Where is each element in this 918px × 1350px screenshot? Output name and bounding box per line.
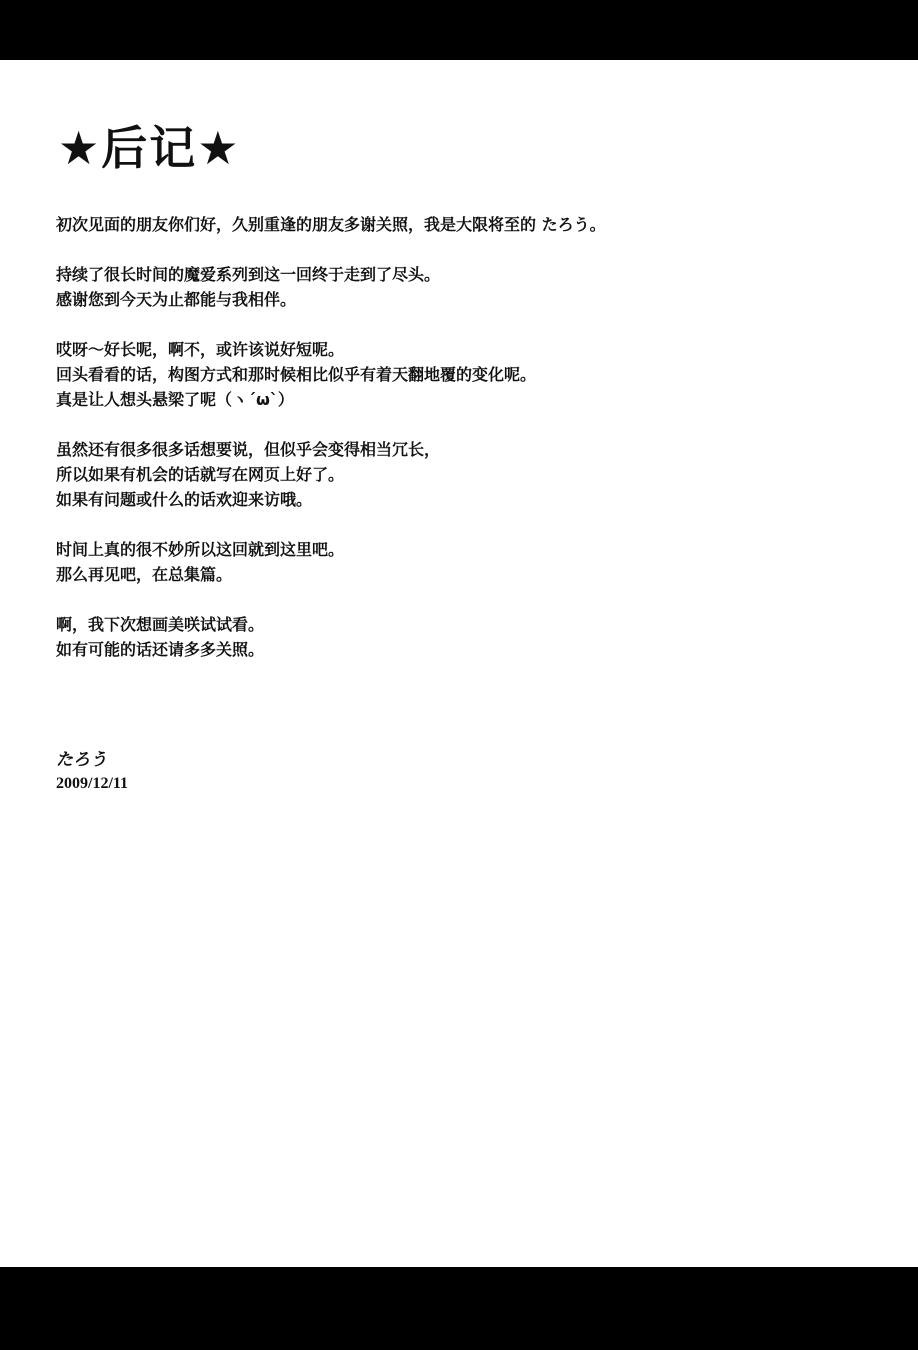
text-line: 如果有问题或什么的话欢迎来访哦。 <box>56 487 876 512</box>
text-line: 所以如果有机会的话就写在网页上好了。 <box>56 462 876 487</box>
paragraph-6: 啊，我下次想画美咲试试看。 如有可能的话还请多多关照。 <box>56 612 876 662</box>
text-line: 真是让人想头悬梁了呢（ヽ´ω`） <box>56 387 876 412</box>
text-line: 回头看看的话，构图方式和那时候相比似乎有着天翻地覆的变化呢。 <box>56 362 876 387</box>
paragraph-4: 虽然还有很多很多话想要说，但似乎会变得相当冗长， 所以如果有机会的话就写在网页上… <box>56 437 876 512</box>
text-line: 啊，我下次想画美咲试试看。 <box>56 612 876 637</box>
paragraph-3: 哎呀～好长呢，啊不，或许该说好短呢。 回头看看的话，构图方式和那时候相比似乎有着… <box>56 337 876 412</box>
author-name: たろう <box>56 748 128 772</box>
afterword-body: 初次见面的朋友你们好，久别重逢的朋友多谢关照，我是大限将至的 たろう。 持续了很… <box>56 212 876 687</box>
paragraph-2: 持续了很长时间的魔爱系列到这一回终于走到了尽头。 感谢您到今天为止都能与我相伴。 <box>56 262 876 312</box>
text-line: 如有可能的话还请多多关照。 <box>56 637 876 662</box>
top-black-bar <box>0 0 918 60</box>
text-line: 初次见面的朋友你们好，久别重逢的朋友多谢关照，我是大限将至的 たろう。 <box>56 212 876 237</box>
text-line: 那么再见吧，在总集篇。 <box>56 562 876 587</box>
paragraph-5: 时间上真的很不妙所以这回就到这里吧。 那么再见吧，在总集篇。 <box>56 537 876 587</box>
text-line: 时间上真的很不妙所以这回就到这里吧。 <box>56 537 876 562</box>
text-line: 感谢您到今天为止都能与我相伴。 <box>56 287 876 312</box>
paragraph-1: 初次见面的朋友你们好，久别重逢的朋友多谢关照，我是大限将至的 たろう。 <box>56 212 876 237</box>
text-line: 持续了很长时间的魔爱系列到这一回终于走到了尽头。 <box>56 262 876 287</box>
signature-date: 2009/12/11 <box>56 772 128 796</box>
text-line: 虽然还有很多很多话想要说，但似乎会变得相当冗长， <box>56 437 876 462</box>
text-line: 哎呀～好长呢，啊不，或许该说好短呢。 <box>56 337 876 362</box>
signature-block: たろう 2009/12/11 <box>56 748 128 796</box>
bottom-black-bar <box>0 1267 918 1350</box>
page-title: ★后记★ <box>58 118 240 178</box>
